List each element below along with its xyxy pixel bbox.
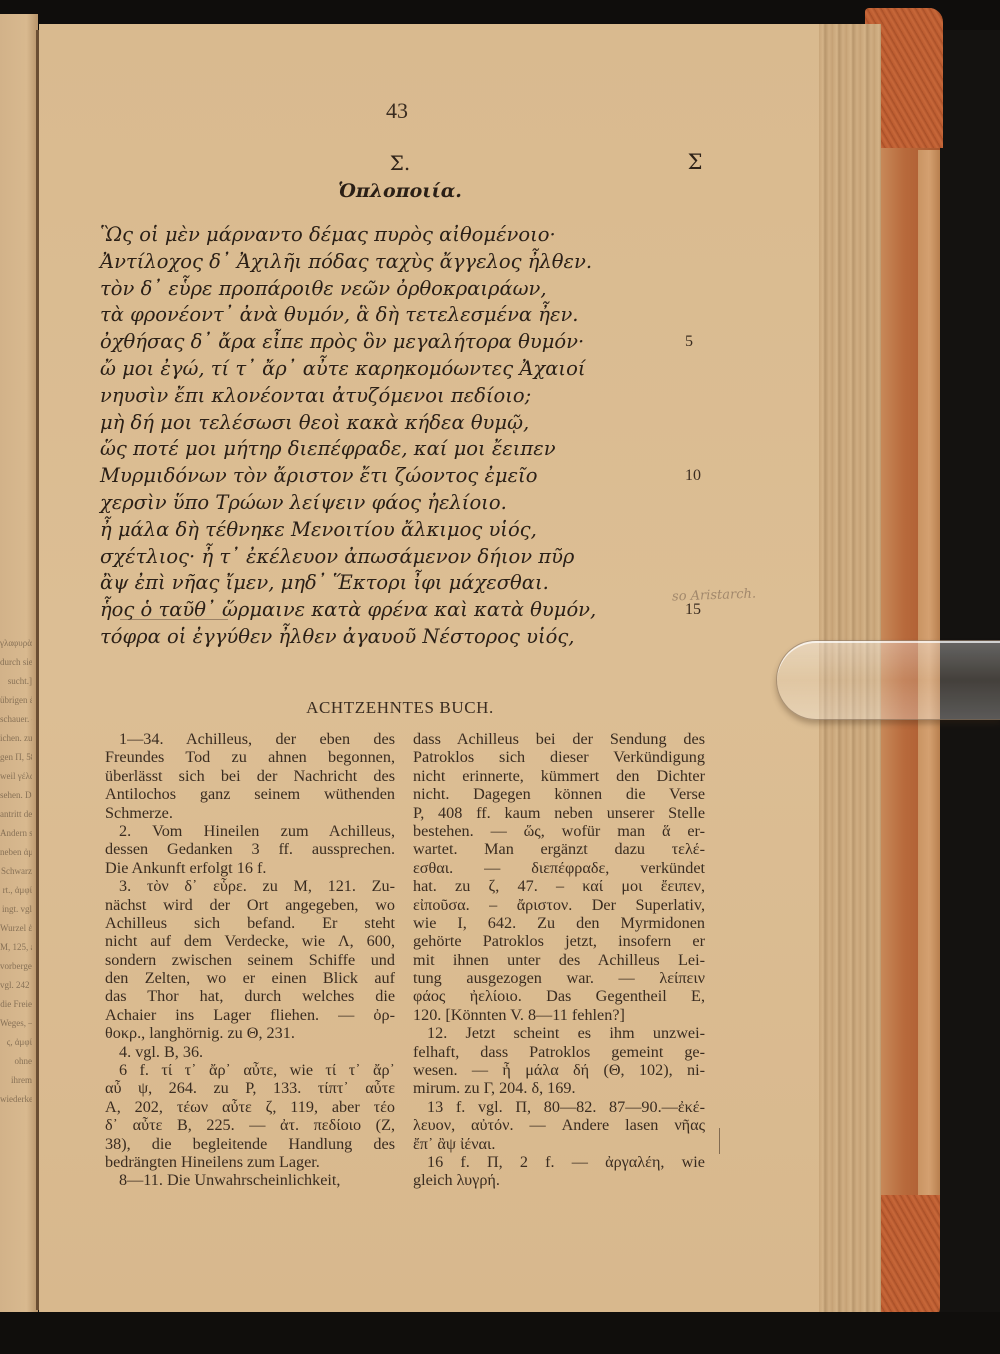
bleed-line: vgl. 242 f xyxy=(0,976,32,995)
commentary-line: nicht. Dagegen können die Verse xyxy=(413,785,705,803)
commentary-line: wartet. Man ergänzt dazu τελέ- xyxy=(413,840,705,858)
commentary-line: 12. Jetzt scheint es ihm unzwei- xyxy=(413,1024,705,1042)
commentary-right-column: dass Achilleus bei der Sendung desPatrok… xyxy=(413,730,705,1190)
bleed-line: ihrem xyxy=(0,1071,32,1090)
commentary-line: dessen Gedanken 3 ff. aussprechen. xyxy=(105,840,395,858)
commentary-line: hat. zu ζ, 47. – καί μοι ἔειπεν, xyxy=(413,877,705,895)
commentary-line: wesen. — ἦ μάλα δή (Θ, 102), ni- xyxy=(413,1061,705,1079)
commentary-line: 2. Vom Hineilen zum Achilleus, xyxy=(105,822,395,840)
commentary-line: αὖ ψ, 264. zu P, 133. τίπτ᾽ αὖτε xyxy=(105,1079,395,1097)
commentary-line: Achaier ins Lager fliehen. — ὀρ- xyxy=(105,1006,395,1024)
verse-line: Ὣς οἱ μὲν μάρναντο δέμας πυρὸς αἰθομένοι… xyxy=(100,222,720,249)
commentary-line: λευον, αὐτόν. — Andere lasen νῆας xyxy=(413,1116,705,1134)
commentary-line: gleich λυγρή. xyxy=(413,1171,705,1189)
book-title: Ὁπλοποιία. xyxy=(280,180,520,202)
commentary-line: P, 408 ff. kaum neben unserer Stelle xyxy=(413,804,705,822)
pencil-underline xyxy=(120,619,228,620)
verse-line: μὴ δή μοι τελέσωσι θεοὶ κακὰ κήδεα θυμῷ, xyxy=(100,410,720,437)
commentary-line: Die Ankunft erfolgt 16 f. xyxy=(105,859,395,877)
verse-line: σχέτλιος· ἦ τ᾽ ἐκέλευον ἀπωσάμενον δήιον… xyxy=(100,544,720,571)
background-bottom xyxy=(0,1312,1000,1354)
verse-line: τὰ φρονέοντ᾽ ἀνὰ θυμόν, ἃ δὴ τετελεσμένα… xyxy=(100,302,720,329)
verse-line: Μυρμιδόνων τὸν ἄριστον ἔτι ζώοντος ἐμεῖο… xyxy=(100,463,720,490)
verse-line: τὸν δ᾽ εὗρε προπάροιθε νεῶν ὀρθοκραιράων… xyxy=(100,276,720,303)
bleed-line: Wurzel ἐ xyxy=(0,919,32,938)
bleed-line: antritt der xyxy=(0,805,32,824)
bleed-line: schauer. - xyxy=(0,710,32,729)
bleed-line: sehen. Der xyxy=(0,786,32,805)
commentary-line: 1—34. Achilleus, der eben des xyxy=(105,730,395,748)
bleed-line: wiederke xyxy=(0,1090,32,1109)
commentary-line: den Zelten, wo er einen Blick auf xyxy=(105,969,395,987)
commentary-line: 4. vgl. B, 36. xyxy=(105,1043,395,1061)
commentary-line: 3. τὸν δ᾽ εὗρε. zu M, 121. Zu- xyxy=(105,877,395,895)
bleed-line: ichen. zu E xyxy=(0,729,32,748)
commentary-line: mit ihnen unter des Achilleus Lei- xyxy=(413,951,705,969)
bleed-line: die Freie xyxy=(0,995,32,1014)
book-letter-heading: Σ. xyxy=(360,151,440,175)
verse-line: ὀχθήσας δ᾽ ἄρα εἶπε πρὸς ὃν μεγαλήτορα θ… xyxy=(100,329,720,356)
commentary-heading: ACHTZEHNTES BUCH. xyxy=(250,698,550,718)
commentary-line: A, 202, τέων αὖτε ζ, 119, aber τέο xyxy=(105,1098,395,1116)
bleed-line: M, 125, ab xyxy=(0,938,32,957)
verse-line: Ἀντίλοχος δ᾽ Ἀχιλῆι πόδας ταχὺς ἄγγελος … xyxy=(100,249,720,276)
bleed-line: übrigen ἐ xyxy=(0,691,32,710)
pencil-margin-bar xyxy=(719,1128,720,1154)
commentary-line: 38), die begleitende Handlung des xyxy=(105,1135,395,1153)
commentary-line: Antilochos ganz seinem wüthenden xyxy=(105,785,395,803)
commentary-line: bestehen. — ὥς, wofür man ἅ er- xyxy=(413,822,705,840)
commentary-line: Schmerze. xyxy=(105,804,395,822)
commentary-line: 13 f. vgl. Π, 80—82. 87—90.—ἐκέ- xyxy=(413,1098,705,1116)
verse-line: ἦ μάλα δὴ τέθνηκε Μενοιτίου ἄλκιμος υἱός… xyxy=(100,517,720,544)
commentary-line: das Thor hat, durch welches die xyxy=(105,987,395,1005)
bleed-line: ohne xyxy=(0,1052,32,1071)
bleed-line: weil γέλω xyxy=(0,767,32,786)
commentary-line: felhaft, dass Patroklos gemeint ge- xyxy=(413,1043,705,1061)
verse-line: ὥς ποτέ μοι μήτηρ διεπέφραδε, καί μοι ἔε… xyxy=(100,436,720,463)
commentary-line: Freundes Tod zu ahnen begonnen, xyxy=(105,748,395,766)
pencil-margin-note: so Aristarch. xyxy=(672,587,757,605)
commentary-line: θοκρ., langhörnig. zu Θ, 231. xyxy=(105,1024,395,1042)
plastic-bookmark[interactable] xyxy=(776,640,1000,720)
bleed-line: gen Π, 58 xyxy=(0,748,32,767)
commentary-line: nicht erinnerte, kümmert den Dichter xyxy=(413,767,705,785)
running-head-letter: Σ xyxy=(680,150,710,174)
commentary-line: 16 f. Π, 2 f. — ἀργαλέη, wie xyxy=(413,1153,705,1171)
commentary-line: überlässt sich bei der Nachricht des xyxy=(105,767,395,785)
verse-line: νηυσὶν ἔπι κλονέονται ἀτυζόμενοι πεδίοιο… xyxy=(100,383,720,410)
commentary-line: εσθαι. — διεπέφραδε, verkündet xyxy=(413,859,705,877)
bleed-line: vorbergega xyxy=(0,957,32,976)
commentary-line: nicht auf dem Verdecke, wie Λ, 600, xyxy=(105,932,395,950)
commentary-line: Patroklos sich dieser Verkündigung xyxy=(413,748,705,766)
bleed-line: ς, ἀμφί xyxy=(0,1033,32,1052)
bleed-line: durch sie xyxy=(0,653,32,672)
page-number: 43 xyxy=(372,98,422,124)
commentary-line: nächst wird der Ort angegeben, wo xyxy=(105,896,395,914)
verse-line: ἂψ ἐπὶ νῆας ἴμεν, μηδ᾽ Ἕκτορι ἶφι μάχεσθ… xyxy=(100,570,720,597)
commentary-line: sondern zwischen seinem Schiffe und xyxy=(105,951,395,969)
line-number: 5 xyxy=(685,329,693,356)
bleed-line: neben ἀμ xyxy=(0,843,32,862)
commentary-left-column: 1—34. Achilleus, der eben desFreundes To… xyxy=(105,730,395,1190)
commentary-line: wie I, 642. Zu den Myrmidonen xyxy=(413,914,705,932)
commentary-line: εἰποῦσα. – ἄριστον. Der Superlativ, xyxy=(413,896,705,914)
verse-line: χερσὶν ὕπο Τρώων λείψειν φάος ἠελίοιο. xyxy=(100,490,720,517)
commentary-line: 8—11. Die Unwahrscheinlichkeit, xyxy=(105,1171,395,1189)
bleed-line: Schwarz xyxy=(0,862,32,881)
bleed-line: sucht.] xyxy=(0,672,32,691)
commentary-line: mirum. zu Γ, 204. δ, 169. xyxy=(413,1079,705,1097)
verse-line: τόφρα οἱ ἐγγύθεν ἦλθεν ἀγαυοῦ Νέστορος υ… xyxy=(100,624,720,651)
bleed-line: Andern so xyxy=(0,824,32,843)
left-page-bleed-text: γλαφυρὰςdurch siesucht.]übrigen ἐschauer… xyxy=(0,634,32,1234)
commentary-line: tung ausgezogen war. — λείπειν xyxy=(413,969,705,987)
commentary-line: Achilleus sich befand. Er steht xyxy=(105,914,395,932)
commentary-line: bedrängten Hineilens zum Lager. xyxy=(105,1153,395,1171)
line-number: 10 xyxy=(685,463,701,490)
commentary-line: dass Achilleus bei der Sendung des xyxy=(413,730,705,748)
commentary-line: φάος ἠελίοιο. Das Gegentheil E, xyxy=(413,987,705,1005)
bleed-line: γλαφυρὰς xyxy=(0,634,32,653)
commentary-line: δ᾽ αὖτε B, 225. — ἀτ. πεδίοιο (Z, xyxy=(105,1116,395,1134)
bleed-line: Weges, — xyxy=(0,1014,32,1033)
cover-corner-bottom xyxy=(880,1195,940,1315)
bleed-line: ingt. vgl xyxy=(0,900,32,919)
commentary-line: 6 f. τί τ᾽ ἄρ᾽ αὖτε, wie τί τ᾽ ἄρ᾽ xyxy=(105,1061,395,1079)
left-page-edge: γλαφυρὰςdurch siesucht.]übrigen ἐschauer… xyxy=(0,14,38,1314)
greek-verses: Ὣς οἱ μὲν μάρναντο δέμας πυρὸς αἰθομένοι… xyxy=(100,222,720,651)
commentary-line: ἔπ᾽ ἂψ ἰέναι. xyxy=(413,1135,705,1153)
commentary-line: 120. [Könnten V. 8—11 fehlen?] xyxy=(413,1006,705,1024)
bleed-line: rt., ἀμφί xyxy=(0,881,32,900)
commentary-line: gehörte Patroklos jetzt, insofern er xyxy=(413,932,705,950)
verse-line: ὤ μοι ἐγώ, τί τ᾽ ἄρ᾽ αὖτε καρηκομόωντες … xyxy=(100,356,720,383)
